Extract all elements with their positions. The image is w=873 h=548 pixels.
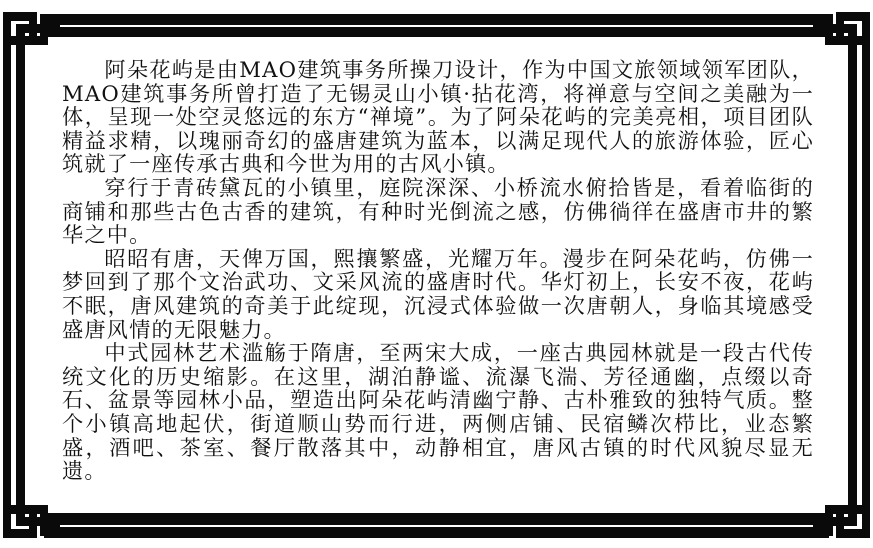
article-body: 阿朵花屿是由MAO建筑事务所操刀设计，作为中国文旅领域领军团队，MAO建筑事务所… [62, 58, 814, 483]
border-outer-top [44, 14, 829, 25]
corner-ornament-bottom-right [813, 488, 873, 548]
border-inner-left [16, 56, 25, 496]
paragraph-garden-art: 中式园林艺术滥觞于隋唐，至两宋大成，一座古典园林就是一段古代传统文化的历史缩影。… [62, 341, 814, 483]
border-outer-right [862, 56, 870, 496]
corner-ornament-top-right [813, 0, 873, 60]
corner-ornament-top-left [0, 0, 60, 60]
border-inner-right [848, 56, 857, 496]
paragraph-town-streets: 穿行于青砖黛瓦的小镇里，庭院深深、小桥流水俯拾皆是，看着临街的商铺和那些古色古香… [62, 176, 814, 247]
border-inner-bottom [44, 513, 829, 525]
border-outer-bottom [44, 527, 829, 538]
border-inner-top [44, 27, 829, 37]
corner-ornament-bottom-left [0, 488, 60, 548]
paragraph-intro: 阿朵花屿是由MAO建筑事务所操刀设计，作为中国文旅领域领军团队，MAO建筑事务所… [62, 58, 814, 176]
paragraph-tang-dynasty: 昭昭有唐，天俾万国，熙攘繁盛，光耀万年。漫步在阿朵花屿，仿佛一梦回到了那个文治武… [62, 247, 814, 341]
border-outer-left [3, 56, 11, 496]
